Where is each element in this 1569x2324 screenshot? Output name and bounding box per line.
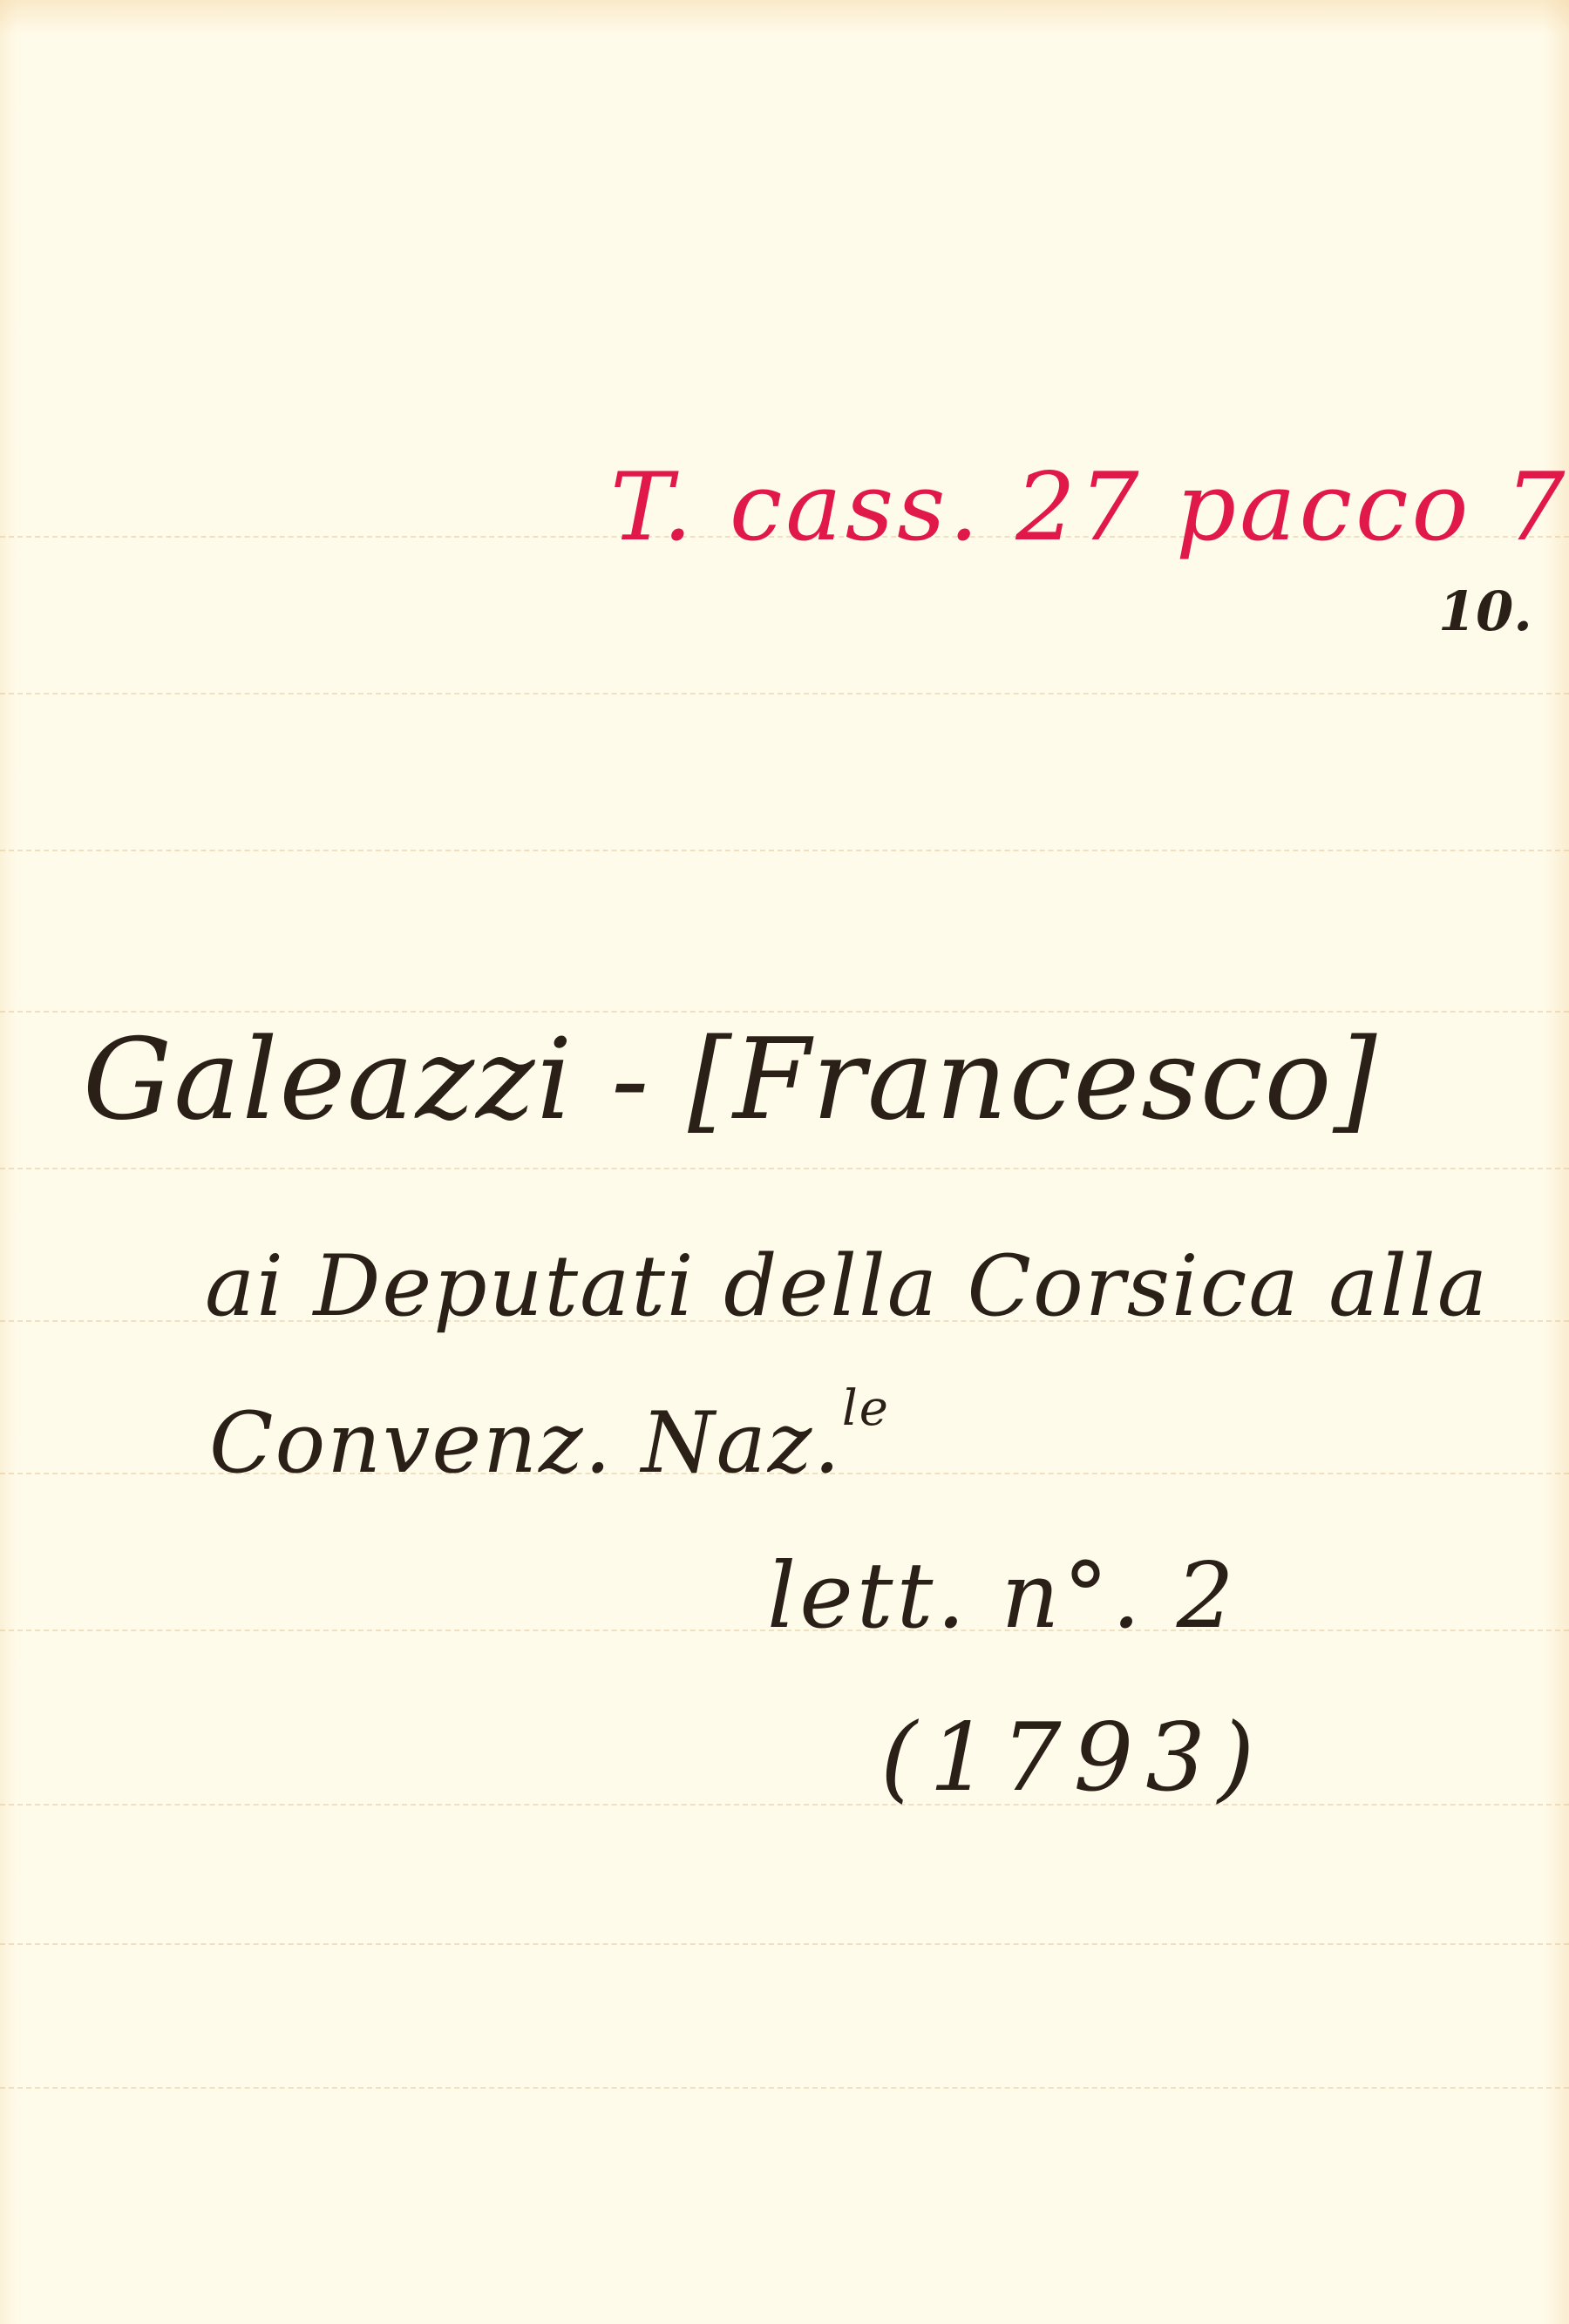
ruled-line [0,1943,1569,1945]
recipient-line: ai Deputati della Corsica alla [205,1237,1489,1335]
convention-abbr: Convenz. [209,1394,613,1492]
convention-nazionale: Naz. [613,1394,842,1492]
letter-number: lett. n°. 2 [767,1542,1238,1649]
ruled-line [0,2087,1569,2089]
convention-line: Convenz. Naz.le [209,1394,890,1492]
catalogue-card: T. cass. 27 pacco 76. 10. Galeazzi - [Fr… [0,0,1569,2324]
ruled-line [0,850,1569,851]
folio-number: 10. [1438,579,1532,643]
year: (1793) [880,1704,1267,1812]
ruled-line [0,1168,1569,1169]
shelfmark: T. cass. 27 pacco 76. [610,453,1569,562]
ruled-line [0,1011,1569,1013]
author-name: Galeazzi - [Francesco] [83,1015,1379,1145]
ruled-line [0,1804,1569,1806]
ruled-line [0,693,1569,694]
convention-superscript: le [842,1380,890,1437]
